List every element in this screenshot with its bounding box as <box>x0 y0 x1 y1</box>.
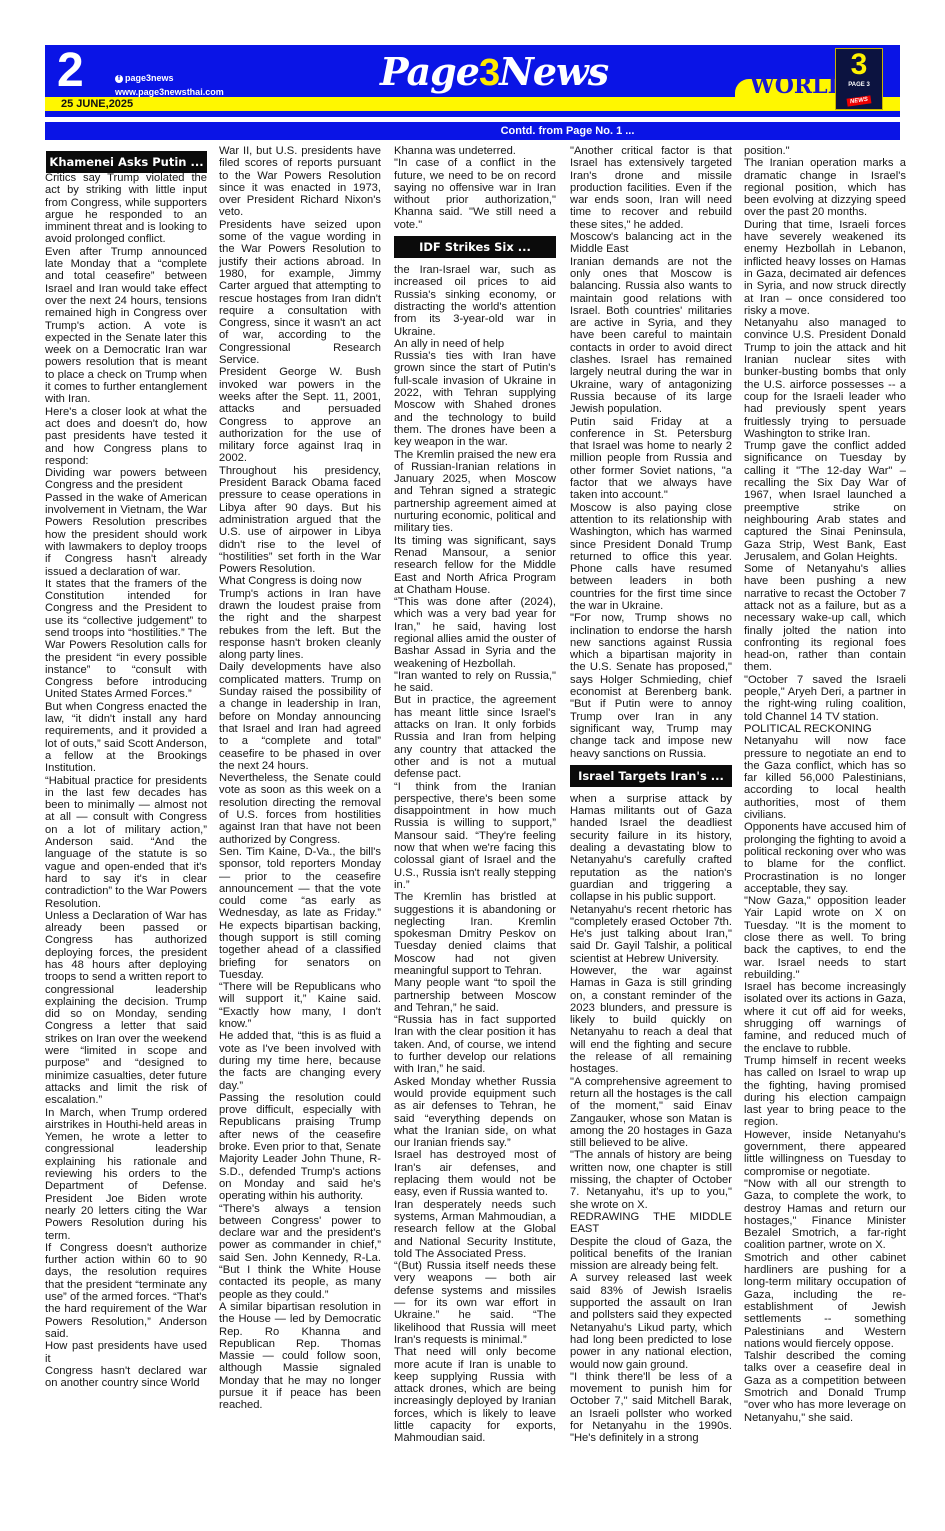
badge-number: 3 <box>836 49 882 81</box>
paragraph: “This was done after (2024), which was a… <box>394 596 556 670</box>
paragraph: An ally in need of help <box>394 338 556 350</box>
article-column-5: position."The Iranian operation marks a … <box>744 145 906 1424</box>
page-number: 2 <box>57 43 84 98</box>
paragraph: If Congress doesn't authorize further ac… <box>45 1242 207 1340</box>
paragraph: President George W. Bush invoked war pow… <box>219 366 381 464</box>
paragraph: the Iran-Israel war, such as increased o… <box>394 264 556 338</box>
paragraph: Passed in the wake of American involveme… <box>45 492 207 578</box>
paragraph: “(But) Russia itself needs these very we… <box>394 1260 556 1346</box>
facebook-icon: f <box>115 75 123 83</box>
badge-news: NEWS <box>847 95 872 106</box>
logo-text-news: News <box>499 49 608 94</box>
paragraph: Netanyahu also managed to convince U.S. … <box>744 317 906 440</box>
paragraph: Sen. Tim Kaine, D-Va., the bill's sponso… <box>219 846 381 981</box>
paragraph: Daily developments have also complicated… <box>219 661 381 772</box>
paragraph: How past presidents have used it <box>45 1340 207 1365</box>
article-column-1: Critics say Trump violated the act by st… <box>45 172 207 1389</box>
paragraph: when a surprise attack by Hamas militant… <box>570 793 732 904</box>
paragraph: The Kremlin praised the new era of Russi… <box>394 449 556 535</box>
social-links: fpage3news www.page3newsthai.com <box>115 71 224 99</box>
paragraph: “There will be Republicans who will supp… <box>219 981 381 1030</box>
logo-three: 3 <box>479 52 499 94</box>
paragraph: REDRAWING THE MIDDLE EAST <box>570 1211 732 1236</box>
paragraph: He added that, “this is as fluid a vote … <box>219 1030 381 1091</box>
paragraph: Passing the resolution could prove diffi… <box>219 1092 381 1203</box>
paragraph: What Congress is doing now <box>219 575 381 587</box>
paragraph: "For now, Trump shows no inclination to … <box>570 612 732 760</box>
paragraph: Putin said Friday at a conference in St.… <box>570 416 732 502</box>
paragraph: However, the war against Hamas in Gaza i… <box>570 965 732 1076</box>
paragraph: In March, when Trump ordered airstrikes … <box>45 1107 207 1242</box>
paragraph: Critics say Trump violated the act by st… <box>45 172 207 246</box>
paragraph: Khanna was undeterred. <box>394 145 556 157</box>
paragraph: But when Congress enacted the law, “it d… <box>45 701 207 775</box>
paragraph: "October 7 saved the Israeli people," Ar… <box>744 674 906 723</box>
paragraph: War II, but U.S. presidents have filed s… <box>219 145 381 219</box>
paragraph: "Iran wanted to rely on Russia," he said… <box>394 670 556 695</box>
paragraph: Its timing was significant, says Renad M… <box>394 535 556 596</box>
paragraph: Unless a Declaration of War has already … <box>45 910 207 1107</box>
paragraph: Dividing war powers between Congress and… <box>45 467 207 492</box>
section-label: WORLD <box>750 73 847 99</box>
continued-banner: Contd. from Page No. 1 ... <box>45 122 900 140</box>
article-column-4: "Another critical factor is that Israel … <box>570 145 732 1445</box>
paragraph: Trump himself in recent weeks has called… <box>744 1055 906 1129</box>
masthead: 2 fpage3news www.page3newsthai.com 25 JU… <box>45 45 900 117</box>
paragraph: "I think there'll be less of a movement … <box>570 1371 732 1445</box>
headline-khamenei: Khamenei Asks Putin ... <box>46 151 207 173</box>
paragraph: Iran desperately needs such systems, Arm… <box>394 1199 556 1260</box>
paragraph: But in practice, the agreement has meant… <box>394 694 556 780</box>
paragraph: Israel has destroyed most of Iran's air … <box>394 1149 556 1198</box>
paragraph: POLITICAL RECKONING <box>744 723 906 735</box>
paragraph: A similar bipartisan resolution in the H… <box>219 1301 381 1412</box>
badge-label: PAGE 3 <box>836 81 882 89</box>
paragraph: That need will only become more acute if… <box>394 1346 556 1444</box>
page3-badge-logo: 3 PAGE 3 NEWS <box>835 48 883 110</box>
paragraph: The Kremlin has bristled at suggestions … <box>394 891 556 977</box>
article-column-3: Khanna was undeterred."In case of a conf… <box>394 145 556 1445</box>
paragraph: "Now Gaza," opposition leader Yair Lapid… <box>744 895 906 981</box>
headline-idf-strikes: IDF Strikes Six ... <box>394 236 556 258</box>
paragraph: Moscow is also paying close attention to… <box>570 502 732 613</box>
paragraph: Iranian demands are not the only ones th… <box>570 256 732 416</box>
paragraph: “I think from the Iranian perspective, t… <box>394 781 556 892</box>
paragraph: Asked Monday whether Russia would provid… <box>394 1076 556 1150</box>
paragraph: Opponents have accused him of prolonging… <box>744 821 906 895</box>
paragraph: Trump's actions in Iran have drawn the l… <box>219 588 381 662</box>
paragraph: Many people want “to spoil the partnersh… <box>394 977 556 1014</box>
paragraph: A survey released last week said 83% of … <box>570 1272 732 1370</box>
paragraph: “Russia has in fact supported Iran with … <box>394 1014 556 1075</box>
paragraph: Smotrich and other cabinet hardliners ar… <box>744 1252 906 1350</box>
paragraph: Presidents have seized upon some of the … <box>219 219 381 367</box>
paragraph: Netanyahu will now face pressure to nego… <box>744 735 906 821</box>
paragraph: "Now with all our strength to Gaza, to c… <box>744 1178 906 1252</box>
paragraph: “There's always a tension between Congre… <box>219 1203 381 1301</box>
facebook-handle[interactable]: page3news <box>125 73 174 83</box>
paragraph: Even after Trump announced late Monday t… <box>45 246 207 406</box>
article-column-2: War II, but U.S. presidents have filed s… <box>219 145 381 1412</box>
paragraph: Congress hasn't declared war on another … <box>45 1365 207 1390</box>
paragraph: “Habitual practice for presidents in the… <box>45 775 207 910</box>
paragraph: Netanyahu's recent rhetoric has "complet… <box>570 904 732 965</box>
paragraph: However, inside Netanyahu's government, … <box>744 1129 906 1178</box>
logo-text-page: Page <box>380 49 479 94</box>
paragraph: Here's a closer look at what the act doe… <box>45 406 207 467</box>
paragraph: The Iranian operation marks a dramatic c… <box>744 157 906 218</box>
paragraph: Trump gave the conflict added significan… <box>744 440 906 563</box>
paragraph: During that time, Israeli forces have se… <box>744 219 906 317</box>
headline-israel-targets: Israel Targets Iran's ... <box>570 765 732 787</box>
paragraph: Russia's ties with Iran have grown since… <box>394 350 556 448</box>
paragraph: Throughout his presidency, President Bar… <box>219 465 381 576</box>
paragraph: "Another critical factor is that Israel … <box>570 145 732 231</box>
paragraph: Talshir described the coming talks over … <box>744 1350 906 1424</box>
paragraph: Israel has become increasingly isolated … <box>744 981 906 1055</box>
newspaper-logo: Page3News <box>380 49 608 95</box>
paragraph: "A comprehensive agreement to return all… <box>570 1076 732 1150</box>
paragraph: Nevertheless, the Senate could vote as s… <box>219 772 381 846</box>
issue-date: 25 JUNE,2025 <box>61 97 133 111</box>
paragraph: It states that the framers of the Consti… <box>45 578 207 701</box>
paragraph: Despite the cloud of Gaza, the political… <box>570 1236 732 1273</box>
paragraph: Some of Netanyahu's allies have been pus… <box>744 563 906 674</box>
paragraph: "In case of a conflict in the future, we… <box>394 157 556 231</box>
paragraph: Moscow's balancing act in the Middle Eas… <box>570 231 732 256</box>
paragraph: "The annals of history are being written… <box>570 1149 732 1210</box>
paragraph: position." <box>744 145 906 157</box>
